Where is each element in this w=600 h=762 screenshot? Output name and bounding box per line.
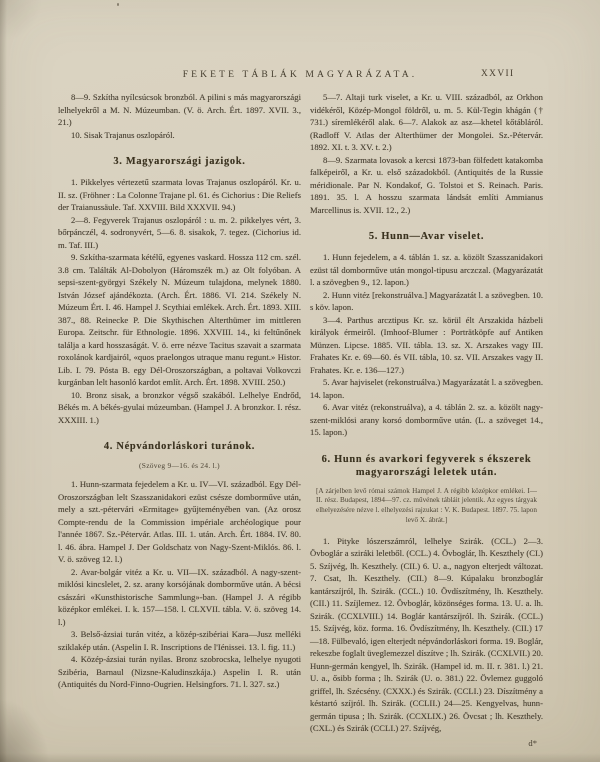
text-columns: 8—9. Szkítha nyílcsúcsok bronzból. A pil… [58,91,543,756]
section-heading: 3. Magyarországi jazigok. [60,155,299,168]
page-number: XXVII [481,69,515,79]
paragraph: 3—4. Parthus arcztipus Kr. sz. körül élt… [310,314,543,377]
signature-mark: d* [310,738,543,748]
paragraph: 9. Szkítha-szarmata kétélű, egyenes vask… [58,251,301,389]
paragraph: 6. Avar vitéz (rekonstruálva), a 4. tábl… [310,401,543,439]
section-heading: 5. Hunn—Avar viselet. [312,230,541,243]
left-column: 8—9. Szkítha nyílcsúcsok bronzból. A pil… [58,91,301,756]
paragraph: 8—9. Szarmata lovasok a kercsi 1873-ban … [310,154,543,217]
paragraph: 1. Hunn fejedelem, a 4. táblán 1. sz. a.… [310,251,543,289]
paragraph: 1. Hunn-szarmata fejedelem a Kr. u. IV—V… [58,478,301,566]
scanned-book-page: FEKETE TÁBLÁK MAGYARÁZATA. XXVII 8—9. Sz… [0,0,600,762]
paragraph: 10. Sisak Trajanus oszlopáról. [58,129,301,142]
paragraph: 5. Avar hajviselet (rekonstruálva.) Magy… [310,376,543,401]
paragraph: 2—8. Fegyverek Trajanus oszlopáról : u. … [58,214,301,252]
paragraph: 4. Közép-ázsiai turán nyilas. Bronz szob… [58,653,301,691]
paragraph: 2. Avar-bolgár vitéz a Kr. u. VII—IX. sz… [58,566,301,629]
footnote: [A zárjelben levő római számok Hampel J.… [316,487,537,526]
section-heading: 6. Hunn és avarkori fegyverek s ékszerek… [312,453,541,479]
paragraph: 1. Pikkelyes vértezetű szarmata lovas Tr… [58,176,301,214]
paper-speck [117,3,119,6]
paragraph: 5—7. Altaji turk viselet, a Kr. u. VIII.… [310,91,543,154]
paragraph: 8—9. Szkítha nyílcsúcsok bronzból. A pil… [58,91,301,129]
paragraph: 10. Bronz sisak, a bronzkor végső szakáb… [58,389,301,427]
section-heading: 4. Népvándorláskori turánok. [60,440,299,453]
paragraph: 3. Belső-ázsiai turán vitéz, a közép-szi… [58,628,301,653]
right-column: 5—7. Altaji turk viselet, a Kr. u. VIII.… [310,91,543,756]
paragraph: 2. Hunn vitéz [rekonstruálva.] Magyaráza… [310,289,543,314]
paragraph: 1. Pityke lószerszámról, lelhelye Szirák… [310,535,543,735]
section-subnote: (Szöveg 9—16. és 24. l.) [58,461,301,470]
